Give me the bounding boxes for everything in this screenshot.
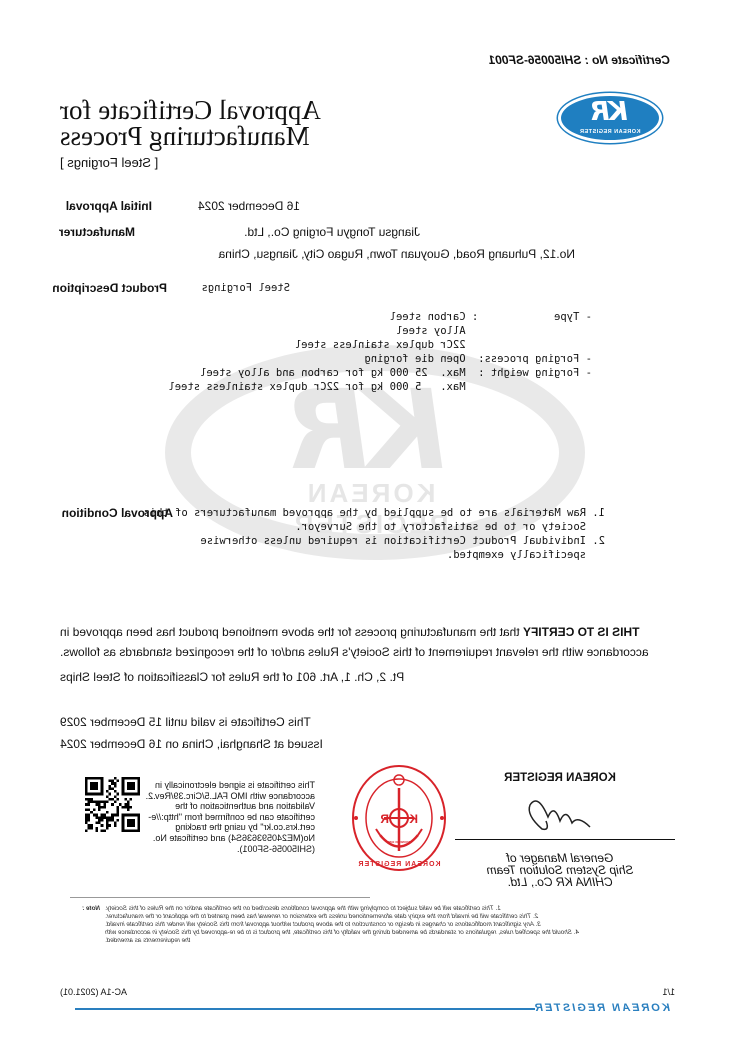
certificate-page: Certificate No : SHI50056-SF001 KR KOREA… <box>0 0 750 1061</box>
product-description-value: Steel Forgings <box>201 281 290 295</box>
electronic-signature-note: This certificate is signed electronicall… <box>140 780 315 854</box>
page-subtitle: [ Steel Forgings ] <box>60 155 158 170</box>
initial-approval-value: 16 December 2024 <box>198 199 300 213</box>
issue-info: Issued at Shanghai, China on 16 December… <box>60 737 323 751</box>
svg-text:FOUNDED 1960: FOUNDED 1960 <box>388 840 411 844</box>
notes-divider <box>70 897 370 898</box>
note-item: 4. Should the specified rules, regulatio… <box>105 929 655 937</box>
certify-lead: THIS IS TO CERTIFY <box>523 625 639 639</box>
certificate-number: Certificate No : SHI50056-SF001 <box>489 53 670 67</box>
page-title: Approval Certificate for Manufacturing P… <box>60 97 630 149</box>
note-item: 3. Any significant modifications or chan… <box>105 921 655 929</box>
initial-approval-label: Initial Approval <box>66 199 152 213</box>
manufacturer-address: No.12, Puhuang Road, Guoyuan Town, Rugao… <box>219 247 575 261</box>
footer-brand: KOREAN REGISTER <box>533 1002 670 1014</box>
svg-text:KOREAN REGISTER: KOREAN REGISTER <box>357 861 440 868</box>
page-number: 1/1 <box>662 987 675 997</box>
signatory-title: General Manager of Ship System Solution … <box>470 852 650 888</box>
certify-statement: THIS IS TO CERTIFY that the manufacturin… <box>60 622 675 662</box>
product-spec-block: - Type : Carbon steel Alloy steel 22Cr d… <box>168 310 592 394</box>
note-item: 2. This certificate will be invalid from… <box>105 913 655 921</box>
rule-reference: Pt. 2, Ch. 1, Art. 601 of the Rules for … <box>60 670 404 684</box>
note-item: 1. This certificate will be valid subjec… <box>105 905 655 913</box>
signature-icon <box>520 795 600 835</box>
svg-text:K: K <box>409 812 418 826</box>
manufacturer-value: Jiangsu Tongyu Forging Co., Ltd. <box>244 225 420 239</box>
signature-line <box>455 839 675 840</box>
svg-text:R: R <box>380 812 389 826</box>
footer-rule <box>75 1008 535 1010</box>
official-seal-icon: K R FOUNDED 1960 KOREAN REGISTER <box>350 763 448 873</box>
notes-list: 1. This certificate will be valid subjec… <box>105 905 655 945</box>
manufacturer-label: Manufacturer <box>59 225 135 239</box>
approval-condition-list: 1. Raw Materials are to be supplied by t… <box>144 506 605 562</box>
form-number: AC-1A (2021.01) <box>60 987 127 997</box>
notes-label: Note : <box>82 905 100 913</box>
note-item: the requirements as amended. <box>105 937 655 945</box>
qr-code-icon[interactable] <box>85 777 140 832</box>
title-line-1: Approval Certificate for <box>60 97 630 123</box>
signatory-organization: KOREAN REGISTER <box>470 772 650 784</box>
title-line-2: Manufacturing Process <box>60 123 630 149</box>
validity-date: This Certificate is valid until 15 Decem… <box>60 715 311 729</box>
product-description-label: Product Description <box>52 281 167 295</box>
